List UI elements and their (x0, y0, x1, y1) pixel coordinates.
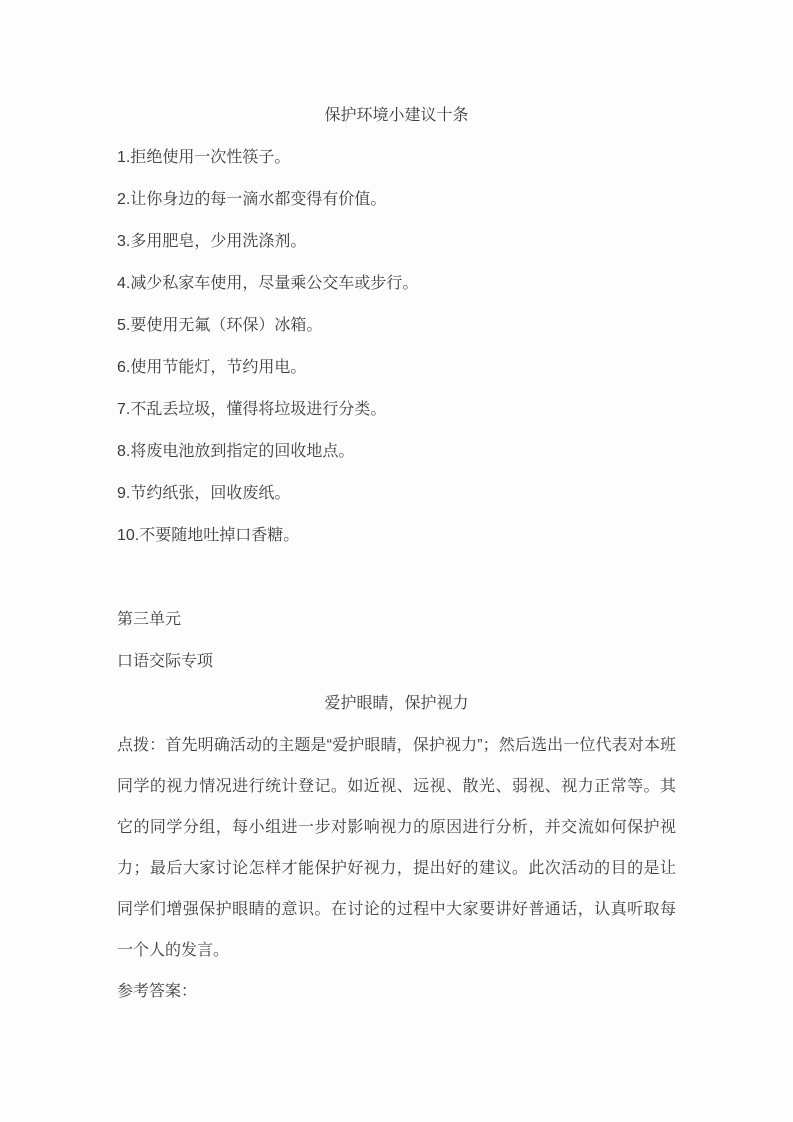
category-heading: 口语交际专项 (117, 641, 676, 683)
section-spacer (117, 557, 676, 599)
answer-label: 参考答案： (117, 971, 676, 1012)
list-item-9: 9.节约纸张，回收废纸。 (117, 473, 676, 515)
activity-title: 爱护眼睛，保护视力 (117, 683, 676, 725)
guidance-paragraph: 点拨：首先明确活动的主题是“爱护眼睛，保护视力”；然后选出一位代表对本班同学的视… (117, 725, 676, 971)
section-title-env-tips: 保护环境小建议十条 (117, 95, 676, 137)
list-item-6: 6.使用节能灯，节约用电。 (117, 347, 676, 389)
list-item-3: 3.多用肥皂，少用洗涤剂。 (117, 221, 676, 263)
list-item-1: 1.拒绝使用一次性筷子。 (117, 137, 676, 179)
document-page: 保护环境小建议十条 1.拒绝使用一次性筷子。 2.让你身边的每一滴水都变得有价值… (0, 0, 793, 1122)
list-item-2: 2.让你身边的每一滴水都变得有价值。 (117, 179, 676, 221)
list-item-8: 8.将废电池放到指定的回收地点。 (117, 431, 676, 473)
unit-heading: 第三单元 (117, 599, 676, 641)
list-item-7: 7.不乱丢垃圾，懂得将垃圾进行分类。 (117, 389, 676, 431)
list-item-5: 5.要使用无氟（环保）冰箱。 (117, 305, 676, 347)
list-item-10: 10.不要随地吐掉口香糖。 (117, 515, 676, 557)
list-item-4: 4.减少私家车使用，尽量乘公交车或步行。 (117, 263, 676, 305)
